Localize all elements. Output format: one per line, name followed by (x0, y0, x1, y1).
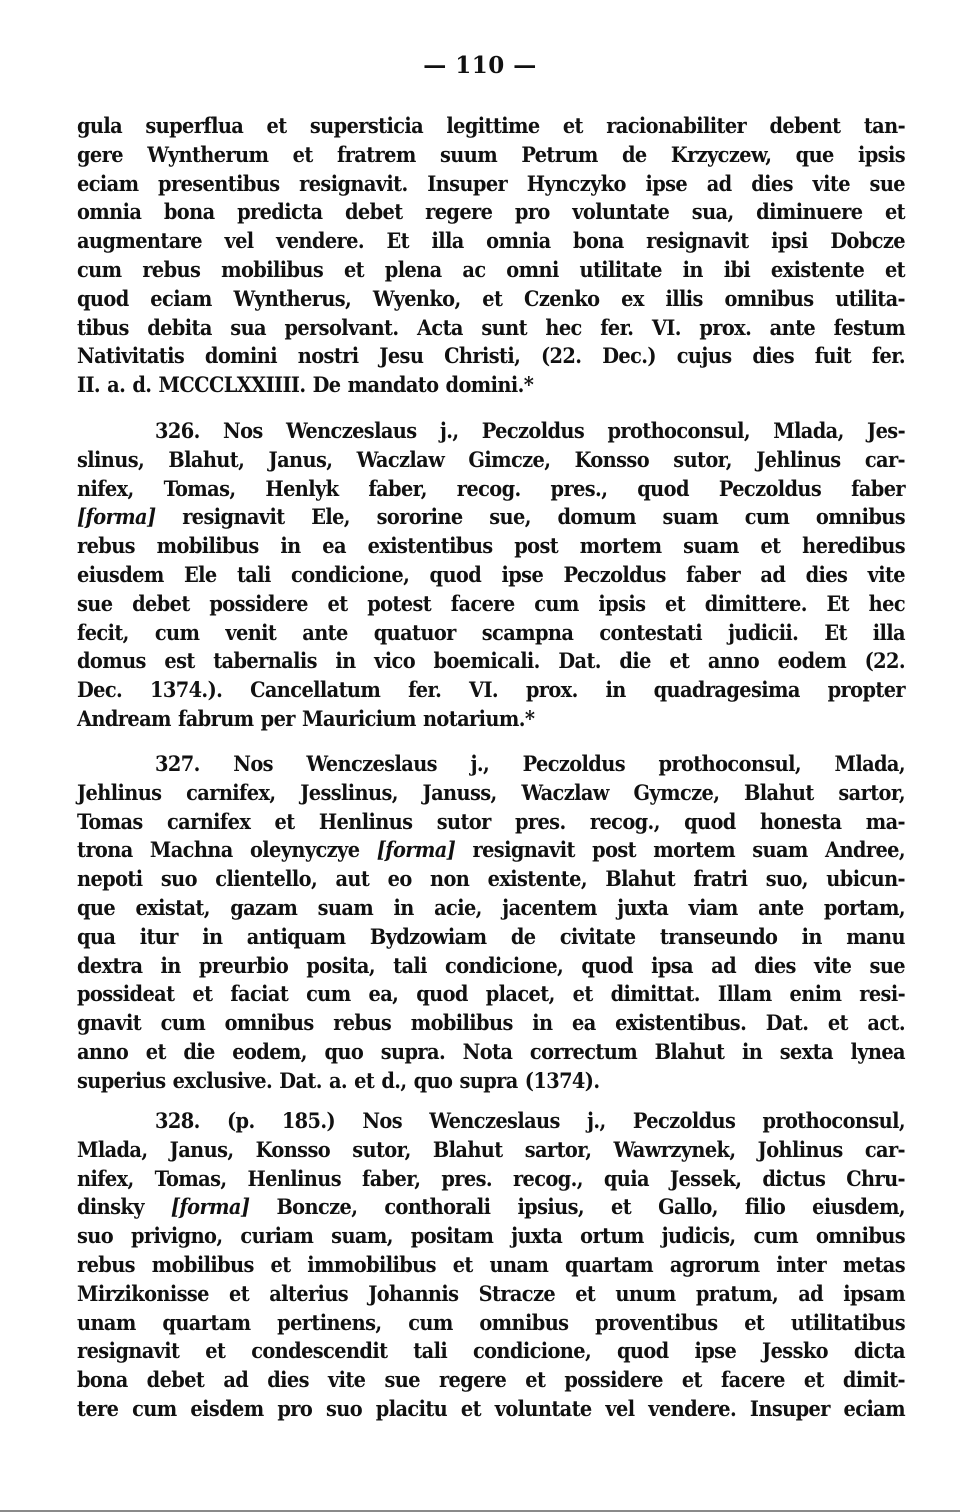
text-line: Jehlinus carnifex, Jesslinus, Januss, Wa… (77, 780, 905, 809)
text-fragment: Nos Wenczeslaus j., Peczoldus prothocons… (223, 419, 905, 444)
text-line: cum rebus mobilibus et plena ac omni uti… (77, 257, 905, 286)
text-line: resignavit et condescendit tali condicio… (77, 1338, 905, 1367)
entry-first-line: 328. (p. 185.) Nos Wenczeslaus j., Peczo… (77, 1108, 905, 1137)
forma-placeholder: [forma] (171, 1195, 250, 1220)
text-line: dinsky [forma] Boncze, conthorali ipsius… (77, 1194, 905, 1223)
text-line: omnia bona predicta debet regere pro vol… (77, 199, 905, 228)
text-line: fecit, cum venit ante quatuor scampna co… (77, 620, 905, 649)
text-line: Nativitatis domini nostri Jesu Christi, … (77, 343, 905, 372)
text-line: Tomas carnifex et Henlinus sutor pres. r… (77, 809, 905, 838)
text-line: slinus, Blahut, Janus, Waczlaw Gimcze, K… (77, 447, 905, 476)
text-line: rebus mobilibus et immobilibus et unam q… (77, 1252, 905, 1281)
text-line: tere cum eisdem pro suo placitu et volun… (77, 1396, 905, 1425)
forma-placeholder: [forma] (377, 838, 456, 863)
entry-first-line: 327. Nos Wenczeslaus j., Peczoldus proth… (77, 751, 905, 780)
text-line: Mirzikonisse et alterius Johannis Stracz… (77, 1281, 905, 1310)
entry-327: 327. Nos Wenczeslaus j., Peczoldus proth… (77, 751, 905, 1097)
document-page: — 110 — gula superflua et supersticia le… (0, 0, 960, 1512)
text-line: Dec. 1374.). Cancellatum fer. VI. prox. … (77, 677, 905, 706)
text-line: nifex, Tomas, Henlyk faber, recog. pres.… (77, 476, 905, 505)
text-line: eiusdem Ele tali condicione, quod ipse P… (77, 562, 905, 591)
text-line: anno et die eodem, quo supra. Nota corre… (77, 1039, 905, 1068)
text-line: bona debet ad dies vite sue regere et po… (77, 1367, 905, 1396)
text-line: nepoti suo clientello, aut eo non existe… (77, 866, 905, 895)
text-line: superius exclusive. Dat. a. et d., quo s… (77, 1068, 905, 1097)
text-line: gula superflua et supersticia legittime … (77, 113, 905, 142)
text-line: trona Machna oleynyczye [forma] resignav… (77, 837, 905, 866)
text-line: gnavit cum omnibus rebus mobilibus in ea… (77, 1010, 905, 1039)
text-line: II. a. d. MCCCLXXIIII. De mandato domini… (77, 372, 905, 401)
text-line: rebus mobilibus in ea existentibus post … (77, 533, 905, 562)
text-line: [forma] resignavit Ele, sororine sue, do… (77, 504, 905, 533)
entry-number: 328. (155, 1109, 200, 1134)
text-line: nifex, Tomas, Henlinus faber, pres. reco… (77, 1166, 905, 1195)
text-fragment: resignavit Ele, sororine sue, domum suam… (182, 505, 905, 530)
text-line: dextra in preurbio posita, tali condicio… (77, 953, 905, 982)
text-fragment: Nos Wenczeslaus j., Peczoldus prothocons… (233, 752, 905, 777)
text-line: unam quartam pertinens, cum omnibus prov… (77, 1310, 905, 1339)
paragraph-continuation: gula superflua et supersticia legittime … (77, 113, 905, 401)
forma-placeholder: [forma] (77, 505, 156, 530)
text-line: quod eciam Wyntherus, Wyenko, et Czenko … (77, 286, 905, 315)
text-line: domus est tabernalis in vico boemicali. … (77, 648, 905, 677)
text-line: qua itur in antiquam Bydzowiam de civita… (77, 924, 905, 953)
text-line: augmentare vel vendere. Et illa omnia bo… (77, 228, 905, 257)
text-line: gere Wyntherum et fratrem suum Petrum de… (77, 142, 905, 171)
text-line: tibus debita sua persolvant. Acta sunt h… (77, 315, 905, 344)
text-line: suo privigno, curiam suam, positam juxta… (77, 1223, 905, 1252)
entry-328: 328. (p. 185.) Nos Wenczeslaus j., Peczo… (77, 1108, 905, 1425)
text-fragment: resignavit post mortem suam Andree, (473, 838, 906, 863)
entry-number: 327. (155, 752, 200, 777)
text-fragment: dinsky (77, 1195, 144, 1220)
text-line: sue debet possidere et potest facere cum… (77, 591, 905, 620)
text-fragment: Boncze, conthorali ipsius, et Gallo, fil… (276, 1195, 905, 1220)
text-line: possideat et faciat cum ea, quod placet,… (77, 981, 905, 1010)
text-line: que existat, gazam suam in acie, jacente… (77, 895, 905, 924)
text-line: Andream fabrum per Mauricium notarium.* (77, 706, 905, 735)
text-line: eciam presentibus resignavit. Insuper Hy… (77, 171, 905, 200)
entry-326: 326. Nos Wenczeslaus j., Peczoldus proth… (77, 418, 905, 735)
text-fragment: (p. 185.) Nos Wenczeslaus j., Peczoldus … (227, 1109, 905, 1134)
entry-first-line: 326. Nos Wenczeslaus j., Peczoldus proth… (77, 418, 905, 447)
text-line: Mlada, Janus, Konsso sutor, Blahut sarto… (77, 1137, 905, 1166)
entry-number: 326. (155, 419, 200, 444)
text-fragment: trona Machna oleynyczye (77, 838, 359, 863)
page-number: — 110 — (0, 52, 960, 79)
